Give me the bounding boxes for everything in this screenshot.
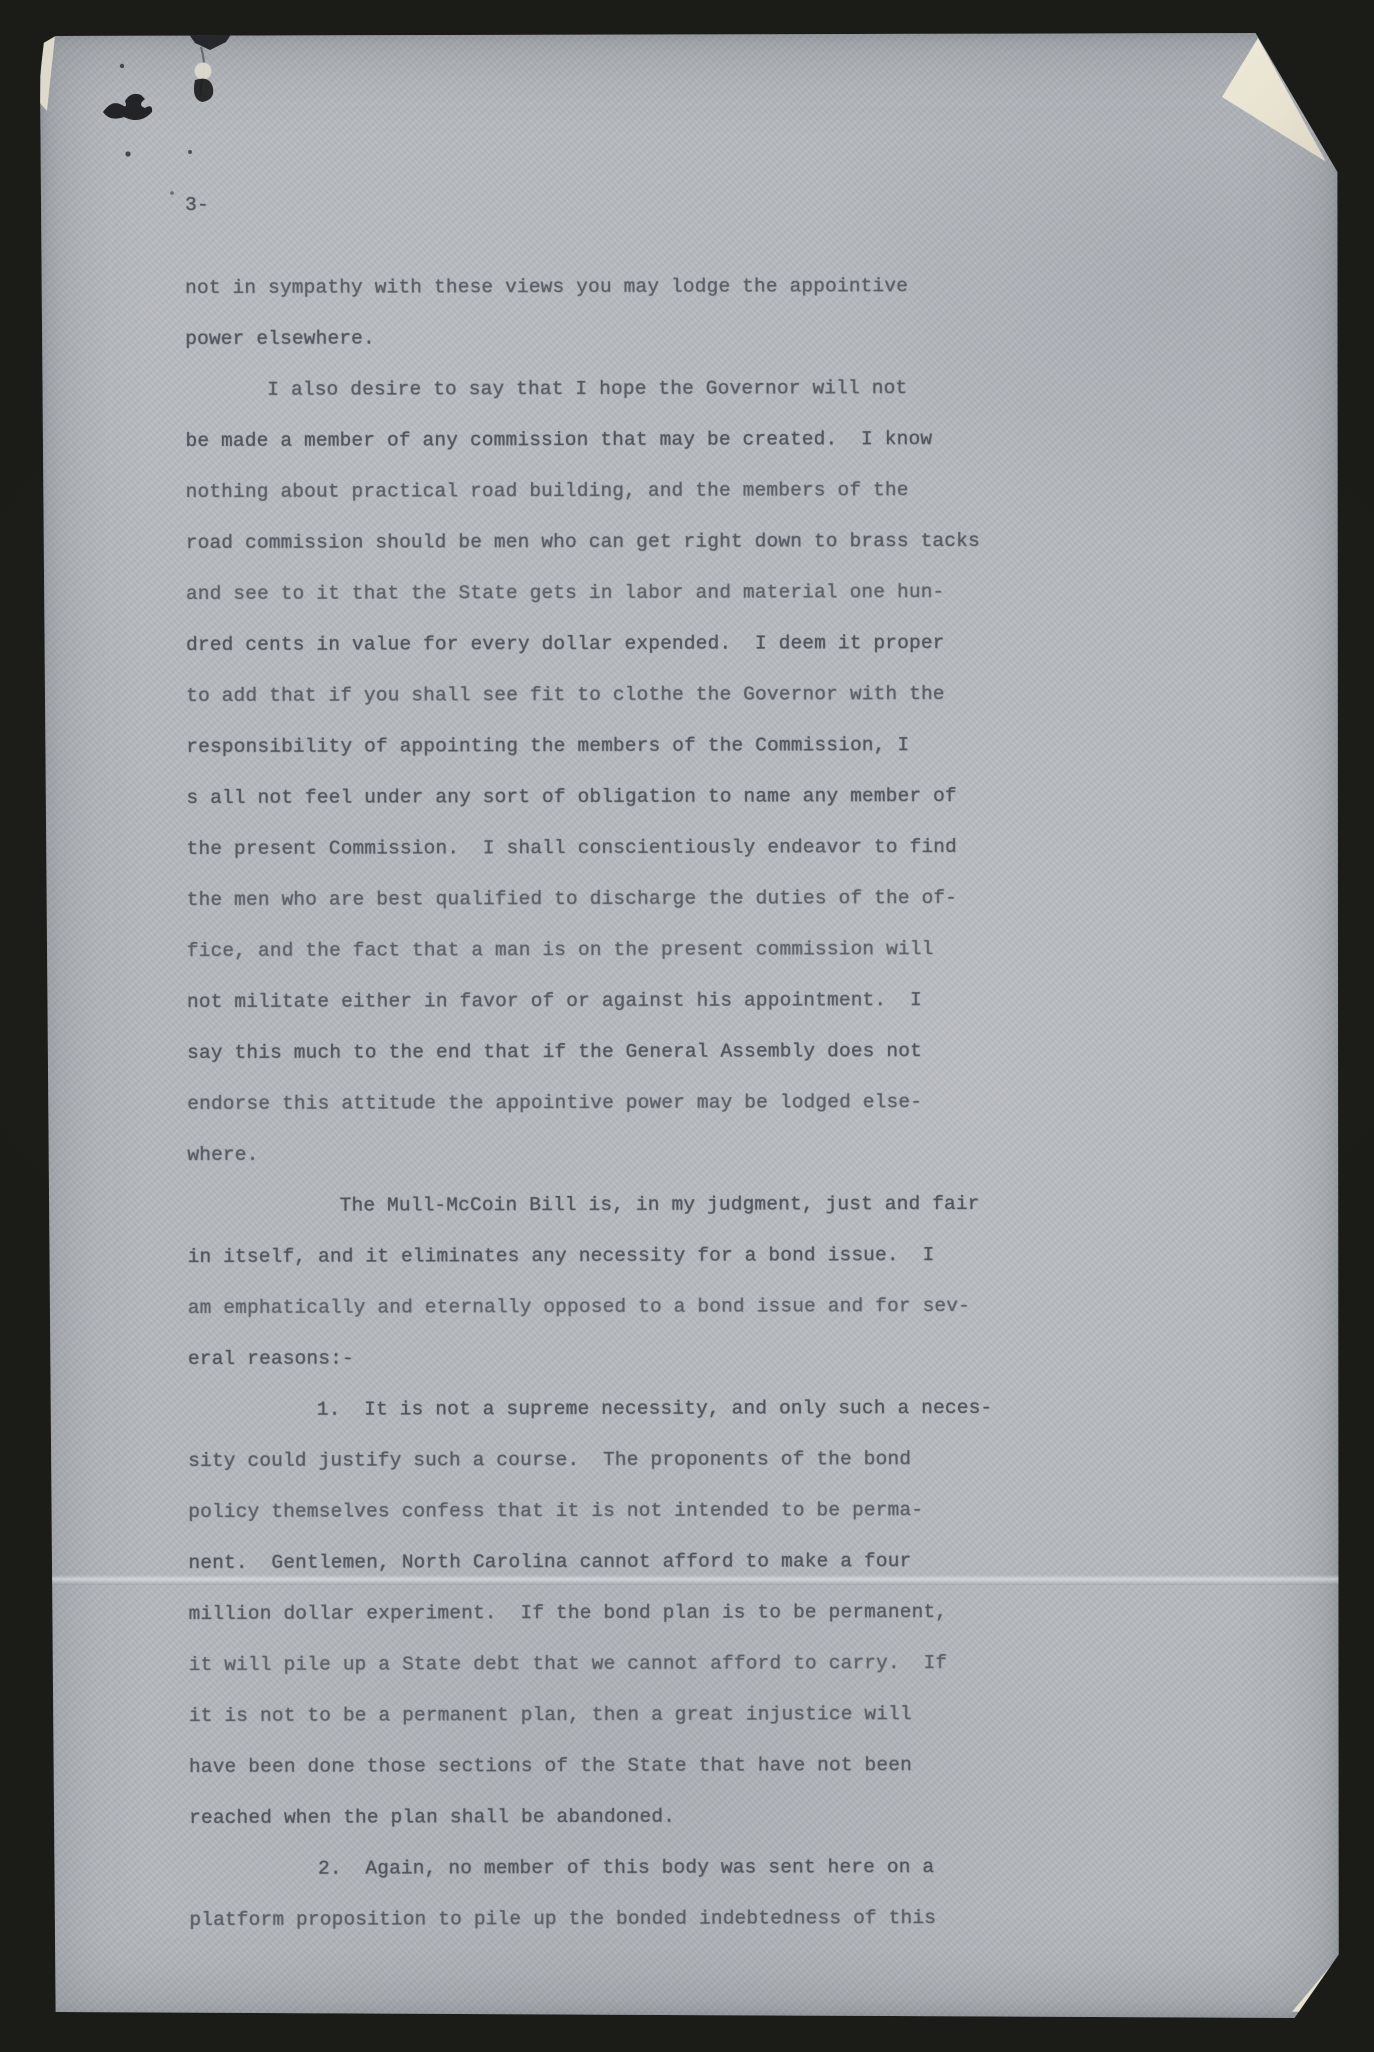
typewritten-line: in itself, and it eliminates any necessi…: [188, 1229, 1308, 1283]
folded-corner-top-right: [1200, 33, 1340, 173]
tear-notch: [188, 33, 232, 50]
speck: [120, 64, 124, 68]
typewritten-line: be made a member of any commission that …: [185, 413, 1305, 467]
typewritten-line: sity could justify such a course. The pr…: [188, 1433, 1308, 1487]
tear-hole-shadow: [194, 79, 213, 102]
typewritten-line: policy themselves confess that it is not…: [188, 1484, 1308, 1538]
speck: [125, 151, 130, 156]
typewritten-line: am emphatically and eternally opposed to…: [188, 1280, 1308, 1334]
typewritten-line: responsibility of appointing the members…: [186, 719, 1306, 773]
typewritten-line: dred cents in value for every dollar exp…: [186, 617, 1306, 671]
typewritten-line: million dollar experiment. If the bond p…: [188, 1586, 1308, 1640]
tear-hole-light: [195, 63, 212, 80]
typewritten-line: endorse this attitude the appointive pow…: [187, 1076, 1307, 1130]
typewritten-line: and see to it that the State gets in lab…: [186, 566, 1306, 620]
typewritten-line: where.: [187, 1127, 1307, 1181]
typewritten-line: The Mull-McCoin Bill is, in my judgment,…: [187, 1178, 1307, 1232]
speck: [188, 150, 192, 154]
typewritten-line: it will pile up a State debt that we can…: [189, 1637, 1309, 1691]
letter-body: not in sympathy with these views you may…: [185, 260, 1309, 1946]
typewritten-line: the men who are best qualified to discha…: [187, 872, 1307, 926]
edge-sliver-top-left: [40, 36, 55, 111]
typewritten-line: say this much to the end that if the Gen…: [187, 1025, 1307, 1079]
typewritten-line: it is not to be a permanent plan, then a…: [189, 1688, 1309, 1742]
typewritten-line: platform proposition to pile up the bond…: [189, 1892, 1309, 1946]
typewritten-line: have been done those sections of the Sta…: [189, 1739, 1309, 1793]
scanner-background: 3- not in sympathy with these views you …: [0, 0, 1374, 2052]
ink-squiggle: [103, 94, 152, 120]
typewritten-line: fice, and the fact that a man is on the …: [187, 923, 1307, 977]
typewritten-line: nent. Gentlemen, North Carolina cannot a…: [188, 1535, 1308, 1589]
scanned-letter-page: 3- not in sympathy with these views you …: [40, 33, 1340, 2018]
typewritten-line: to add that if you shall see fit to clot…: [186, 668, 1306, 722]
typewritten-line: the present Commission. I shall conscien…: [186, 821, 1306, 875]
typewritten-line: not militate either in favor of or again…: [187, 974, 1307, 1028]
speck: [170, 191, 174, 195]
typewritten-line: 1. It is not a supreme necessity, and on…: [188, 1382, 1308, 1436]
page-number: 3-: [185, 180, 209, 231]
typewritten-line: reached when the plan shall be abandoned…: [189, 1790, 1309, 1844]
typewritten-line: power elsewhere.: [185, 311, 1305, 365]
folded-corner-bottom-right: [1280, 1948, 1340, 2018]
typewritten-line: nothing about practical road building, a…: [186, 464, 1306, 518]
tear-slit: [201, 47, 204, 95]
typewritten-line: 2. Again, no member of this body was sen…: [189, 1841, 1309, 1895]
edge-nick-bottom-left: [40, 1971, 52, 1990]
typewritten-line: not in sympathy with these views you may…: [185, 260, 1305, 314]
typewritten-line: eral reasons:-: [188, 1331, 1308, 1385]
typewritten-line: s all not feel under any sort of obligat…: [186, 770, 1306, 824]
typewritten-line: road commission should be men who can ge…: [186, 515, 1306, 569]
typewritten-line: I also desire to say that I hope the Gov…: [185, 362, 1305, 416]
